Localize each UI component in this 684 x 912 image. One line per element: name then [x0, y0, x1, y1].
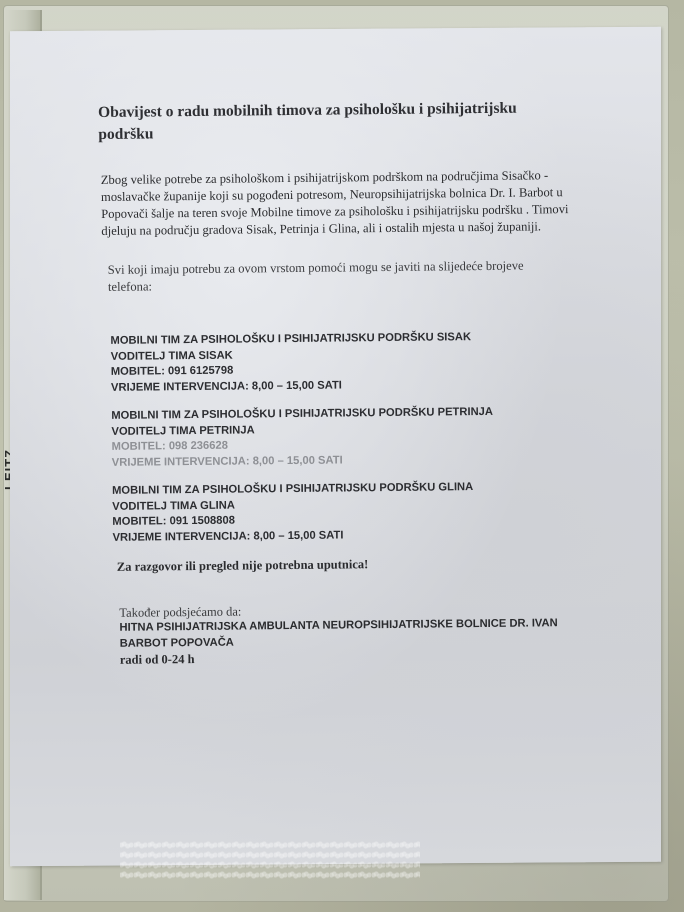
- contact-intro: Svi koji imaju potrebu za ovom vrstom po…: [108, 258, 528, 296]
- notice-content: Obavijest o radu mobilnih timova za psih…: [98, 97, 614, 668]
- team-sisak: MOBILNI TIM ZA PSIHOLOŠKU I PSIHIJATRIJS…: [110, 329, 611, 396]
- team-glina: MOBILNI TIM ZA PSIHOLOŠKU I PSIHIJATRIJS…: [112, 479, 613, 546]
- emergency-ambulance: HITNA PSIHIJATRIJSKA AMBULANTA NEUROPSIH…: [119, 616, 589, 652]
- condensation-droplets: [120, 840, 420, 880]
- reminder-block: Također podsjećamo da: HITNA PSIHIJATRIJ…: [119, 601, 614, 668]
- team-petrinja: MOBILNI TIM ZA PSIHOLOŠKU I PSIHIJATRIJS…: [111, 404, 612, 471]
- notice-title: Obavijest o radu mobilnih timova za psih…: [98, 97, 558, 146]
- notice-intro: Zbog velike potrebe za psihološkom i psi…: [101, 167, 602, 240]
- referral-note: Za razgovor ili pregled nije potrebna up…: [117, 554, 613, 576]
